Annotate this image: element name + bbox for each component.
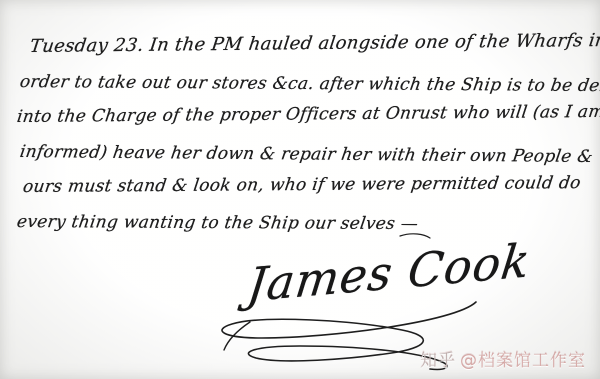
zhihu-watermark: 知乎@档案馆工作室 [420, 346, 586, 371]
watermark-platform: 知乎 [420, 351, 456, 371]
manuscript-line: Tuesday 23. In the PM hauled alongside o… [29, 30, 600, 57]
manuscript-page: Tuesday 23. In the PM hauled alongside o… [0, 0, 600, 379]
manuscript-line: into the Charge of the proper Officers a… [16, 102, 600, 127]
signature-text: James Cook [245, 233, 534, 312]
manuscript-line: order to take out our stores &ca. after … [19, 72, 600, 96]
manuscript-line: informed) heave her down & repair her wi… [19, 142, 595, 167]
manuscript-line: ours must stand & look on, who if we wer… [22, 173, 582, 197]
manuscript-line: every thing wanting to the Ship our selv… [16, 212, 420, 234]
watermark-handle: @档案馆工作室 [460, 351, 586, 371]
